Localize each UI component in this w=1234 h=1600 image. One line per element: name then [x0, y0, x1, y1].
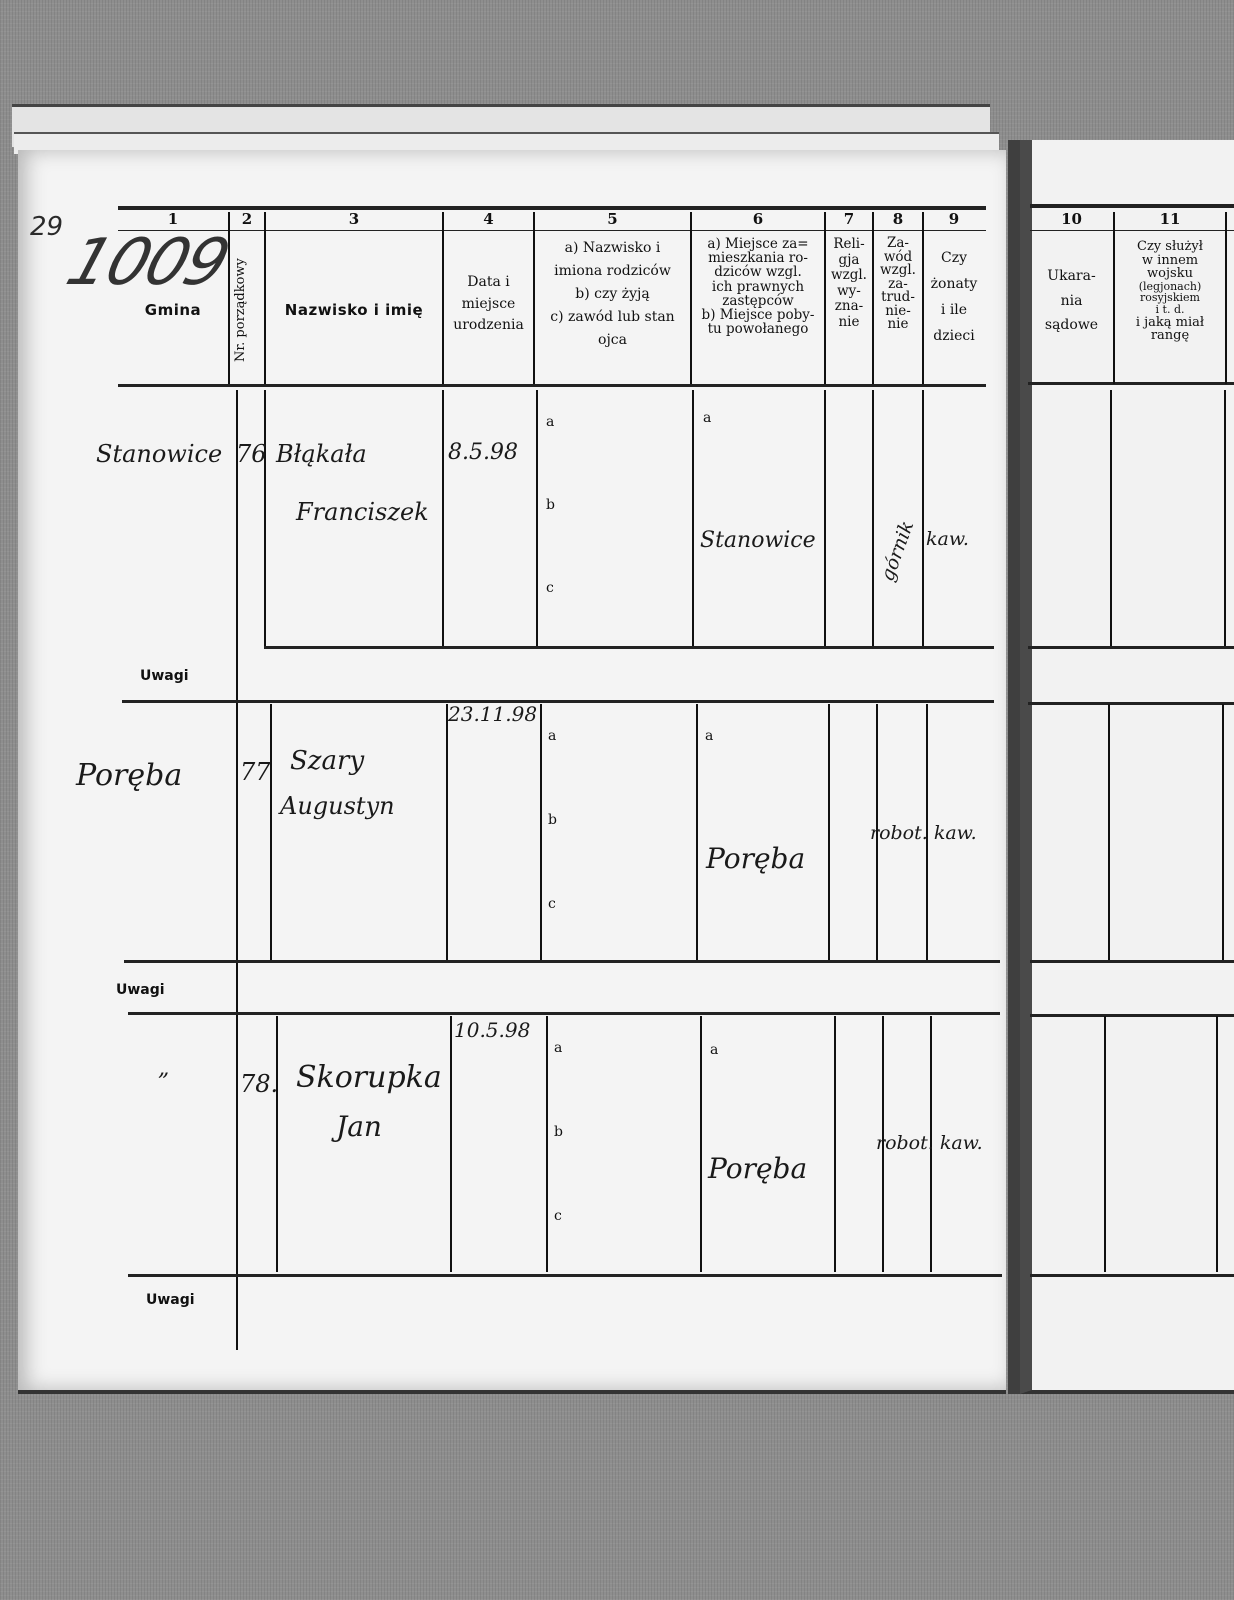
row-divider: [700, 1016, 702, 1272]
col-number-1: 1: [118, 211, 228, 228]
entry-birth-date: 23.11.98: [448, 702, 537, 726]
col-divider: [1225, 212, 1227, 384]
entry-bottom-rule-right: [1030, 960, 1234, 963]
row-divider: [922, 390, 924, 648]
col-header-birth: Data i miejsce urodzenia: [444, 272, 533, 337]
nr-column-line: [236, 390, 238, 1350]
col-number-4: 4: [444, 211, 533, 228]
col-number-11: 11: [1115, 211, 1225, 228]
row-divider: [1222, 704, 1224, 960]
col-header-name: Nazwisko i imię: [266, 302, 442, 319]
entry-bottom-rule-right: [1030, 1274, 1234, 1277]
row-divider: [872, 390, 874, 648]
entry-given-name: Jan: [336, 1110, 382, 1143]
row-divider: [1216, 1016, 1218, 1272]
entry-bottom-rule: [128, 1274, 1002, 1277]
col-number-10: 10: [1030, 211, 1113, 228]
col-header-residence: a) Miejsce za= mieszkania ro- dziców wzg…: [692, 237, 824, 336]
sub-label-a: a: [705, 728, 713, 744]
col-number-5: 5: [535, 211, 690, 228]
entry-married: kaw.: [926, 528, 969, 550]
row-divider: [696, 704, 698, 960]
sub-label-b: b: [546, 497, 555, 513]
row-divider: [276, 1016, 278, 1272]
sub-label-c: c: [548, 896, 556, 912]
sub-label-b: b: [548, 812, 557, 828]
entry-residence: Stanowice: [700, 528, 816, 553]
remarks-label: Uwagi: [116, 982, 165, 998]
header-bottom-rule: [118, 384, 986, 387]
entry-surname: Szary: [290, 746, 364, 776]
entry-birth-date: 8.5.98: [448, 440, 518, 465]
col-divider: [228, 212, 230, 384]
entry-occupation: robot. kaw.: [870, 822, 977, 844]
entry-gmina-ditto: „: [158, 1056, 169, 1081]
col-header-parents: a) Nazwisko i imiona rodziców b) czy żyj…: [535, 237, 690, 352]
entry-gmina: Poręba: [76, 758, 182, 793]
col-header-convictions: Ukara- nia sądowe: [1030, 264, 1113, 338]
entry-occupation: robot. kaw.: [876, 1132, 983, 1154]
col-number-7: 7: [826, 211, 872, 228]
col-number-6: 6: [692, 211, 824, 228]
remarks-label: Uwagi: [140, 668, 189, 684]
sub-label-c: c: [554, 1208, 562, 1224]
col-header-married: Czy żonaty i ile dzieci: [924, 246, 984, 350]
entry-nr: 76: [236, 440, 267, 468]
entry-gmina: Stanowice: [96, 440, 222, 468]
row-divider: [450, 1016, 452, 1272]
col-header-religion: Reli- gja wzgl. wy- zna- nie: [826, 237, 872, 330]
sub-label-a: a: [546, 414, 554, 430]
col-number-3: 3: [266, 211, 442, 228]
remarks-bottom-rule-right: [1030, 1014, 1234, 1017]
row-divider: [1224, 390, 1226, 648]
header-bottom-rule-right: [1028, 382, 1234, 385]
entry-bottom-rule-right: [1028, 646, 1234, 649]
page-number: 29: [30, 212, 63, 242]
remarks-bottom-rule: [128, 1012, 1000, 1015]
col-header-occupation: Za- wód wzgl. za- trud- nie- nie: [874, 237, 922, 332]
row-divider: [446, 704, 448, 960]
sub-label-b: b: [554, 1124, 563, 1140]
sub-label-c: c: [546, 580, 554, 596]
col-number-9: 9: [924, 211, 984, 228]
remarks-bottom-rule: [122, 700, 994, 703]
row-divider: [824, 390, 826, 648]
entry-given-name: Augustyn: [280, 792, 395, 820]
row-divider: [546, 1016, 548, 1272]
row-divider: [692, 390, 694, 648]
entry-birth-date: 10.5.98: [454, 1018, 530, 1042]
colnum-rule: [118, 230, 986, 231]
col-divider: [264, 212, 266, 384]
row-divider: [1104, 1016, 1106, 1272]
header-top-rule-right: [1030, 204, 1234, 208]
row-divider: [540, 704, 542, 960]
row-divider: [1108, 704, 1110, 960]
row-divider: [1110, 390, 1112, 648]
row-divider: [442, 390, 444, 648]
entry-nr: 78.: [240, 1070, 278, 1098]
entry-surname: Skorupka: [296, 1060, 442, 1095]
entry-surname: Błąkała: [276, 440, 367, 468]
col-header-military-service: Czy służył w innem wojsku (legjonach) ro…: [1115, 240, 1225, 343]
colnum-rule-right: [1030, 230, 1234, 231]
remarks-bottom-rule-right: [1028, 702, 1234, 705]
sub-label-a: a: [548, 728, 556, 744]
entry-bottom-rule: [264, 646, 994, 649]
col-header-gmina: Gmina: [118, 302, 228, 319]
entry-bottom-rule: [124, 960, 1000, 963]
col-number-8: 8: [874, 211, 922, 228]
col-number-2: 2: [230, 211, 264, 228]
row-divider: [834, 1016, 836, 1272]
row-divider: [828, 704, 830, 960]
sub-label-a: a: [710, 1042, 718, 1058]
register-number: 1009: [58, 226, 237, 300]
col-header-nr: Nr. porządkowy: [234, 240, 258, 380]
row-divider: [264, 390, 266, 648]
entry-residence: Poręba: [708, 1152, 807, 1185]
sub-label-a: a: [703, 410, 711, 426]
entry-given-name: Franciszek: [296, 498, 429, 526]
entry-residence: Poręba: [706, 842, 805, 875]
row-divider: [270, 704, 272, 960]
remarks-label: Uwagi: [146, 1292, 195, 1308]
entry-nr: 77: [240, 758, 271, 786]
sub-label-a: a: [554, 1040, 562, 1056]
row-divider: [536, 390, 538, 648]
